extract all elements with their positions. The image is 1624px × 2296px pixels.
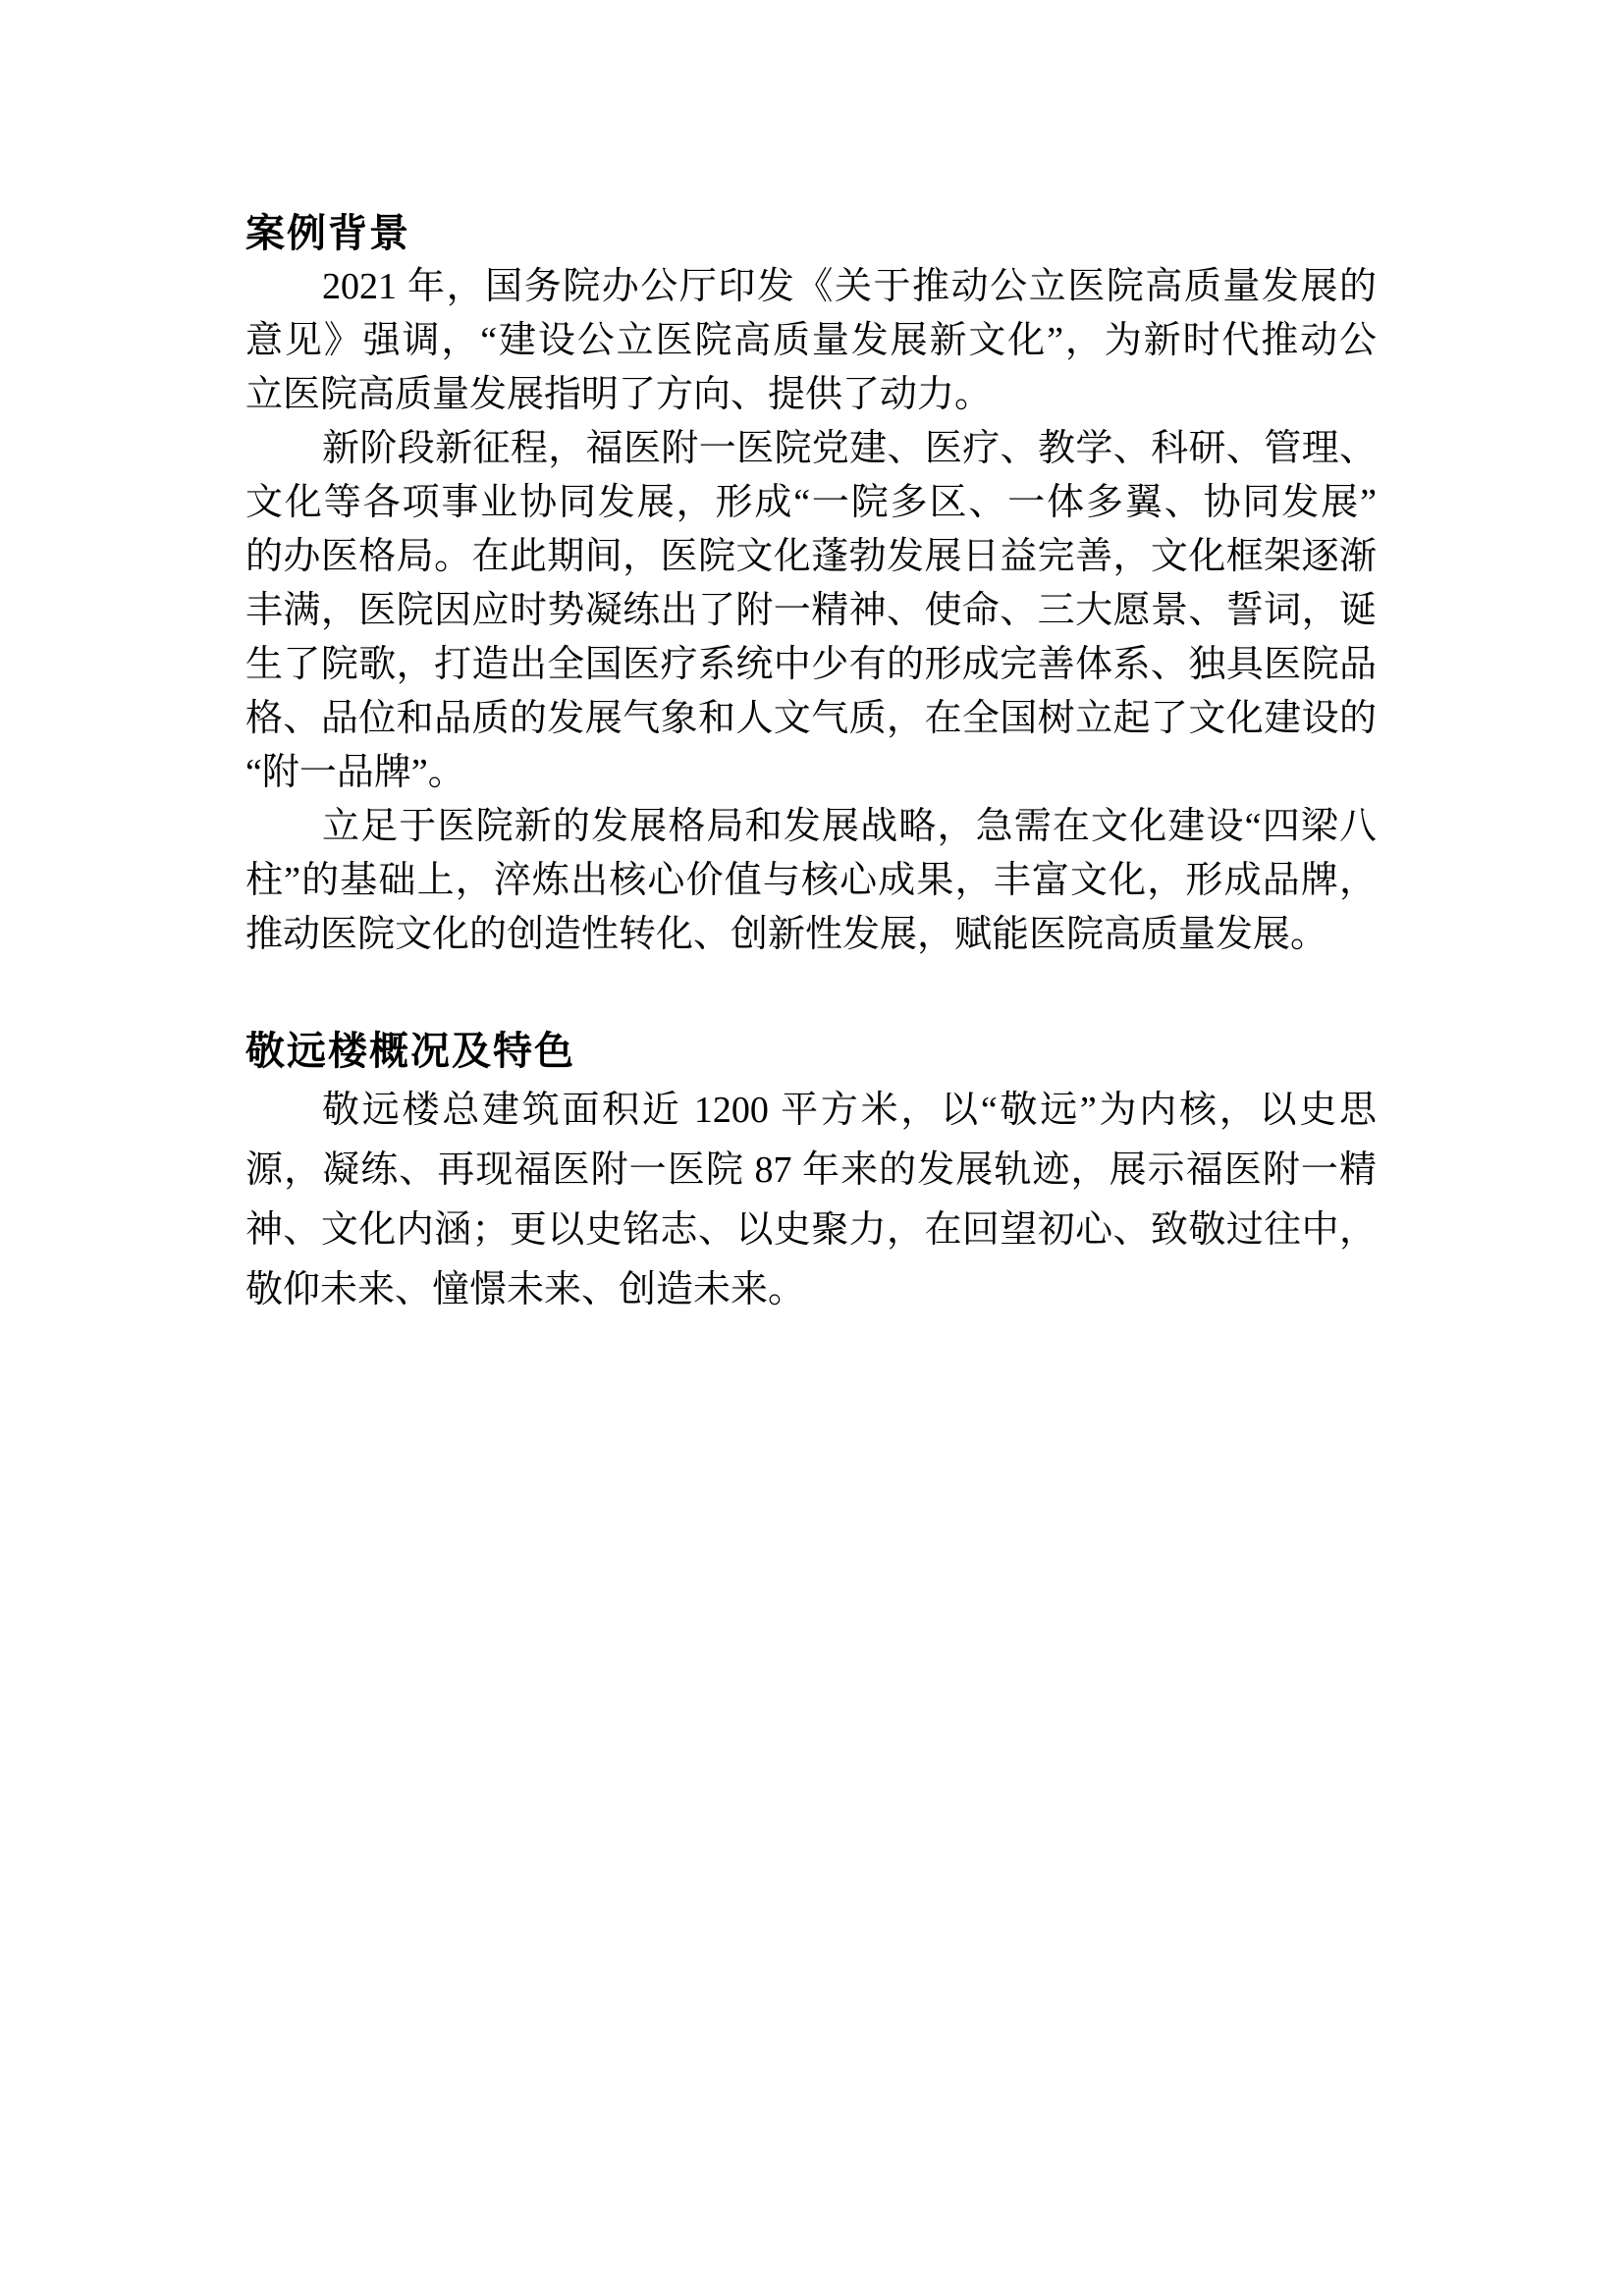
text-line: 推动医院文化的创造性转化、创新性发展，赋能医院高质量发展。 [245,908,1377,962]
paragraph-new-stage: 新阶段新征程，福医附一医院党建、医疗、教学、科研、管理、 文化等各项事业协同发展… [245,422,1377,800]
text-line: 丰满，医院因应时势凝练出了附一精神、使命、三大愿景、誓词，诞 [245,584,1377,638]
jingyuan-building-heading: 敬远楼概况及特色 [245,1021,1377,1081]
text-line: 柱”的基础上，淬炼出核心价值与核心成果，丰富文化，形成品牌， [245,854,1377,908]
text-line: 敬远楼总建筑面积近 1200 平方米，以“敬远”为内核，以史思 [245,1081,1377,1141]
text-line: 文化等各项事业协同发展，形成“一院多区、一体多翼、协同发展” [245,476,1377,530]
paragraph-strategy: 立足于医院新的发展格局和发展战略，急需在文化建设“四梁八 柱”的基础上，淬炼出核… [245,800,1377,962]
paragraph-policy: 2021 年，国务院办公厅印发《关于推动公立医院高质量发展的 意见》强调，“建设… [245,260,1377,422]
text-line: 的办医格局。在此期间，医院文化蓬勃发展日益完善，文化框架逐渐 [245,530,1377,584]
section-case-background: 案例背景 2021 年，国务院办公厅印发《关于推动公立医院高质量发展的 意见》强… [245,206,1377,962]
section-jingyuan-building: 敬远楼概况及特色 敬远楼总建筑面积近 1200 平方米，以“敬远”为内核，以史思… [245,1021,1377,1320]
text-line: “附一品牌”。 [245,746,1377,800]
text-line: 神、文化内涵；更以史铭志、以史聚力，在回望初心、致敬过往中， [245,1201,1377,1260]
text-line: 2021 年，国务院办公厅印发《关于推动公立医院高质量发展的 [245,260,1377,314]
paragraph-building-overview: 敬远楼总建筑面积近 1200 平方米，以“敬远”为内核，以史思 源，凝练、再现福… [245,1081,1377,1320]
text-line: 意见》强调，“建设公立医院高质量发展新文化”，为新时代推动公 [245,314,1377,368]
text-line: 格、品位和品质的发展气象和人文气质，在全国树立起了文化建设的 [245,692,1377,746]
text-line: 立医院高质量发展指明了方向、提供了动力。 [245,368,1377,422]
text-line: 立足于医院新的发展格局和发展战略，急需在文化建设“四梁八 [245,800,1377,854]
case-background-heading: 案例背景 [245,206,1377,260]
text-line: 源，凝练、再现福医附一医院 87 年来的发展轨迹，展示福医附一精 [245,1141,1377,1201]
document-page: 案例背景 2021 年，国务院办公厅印发《关于推动公立医院高质量发展的 意见》强… [0,0,1624,2296]
text-line: 生了院歌，打造出全国医疗系统中少有的形成完善体系、独具医院品 [245,638,1377,692]
document-content: 案例背景 2021 年，国务院办公厅印发《关于推动公立医院高质量发展的 意见》强… [245,206,1377,1320]
text-line: 敬仰未来、憧憬未来、创造未来。 [245,1260,1377,1320]
text-line: 新阶段新征程，福医附一医院党建、医疗、教学、科研、管理、 [245,422,1377,476]
